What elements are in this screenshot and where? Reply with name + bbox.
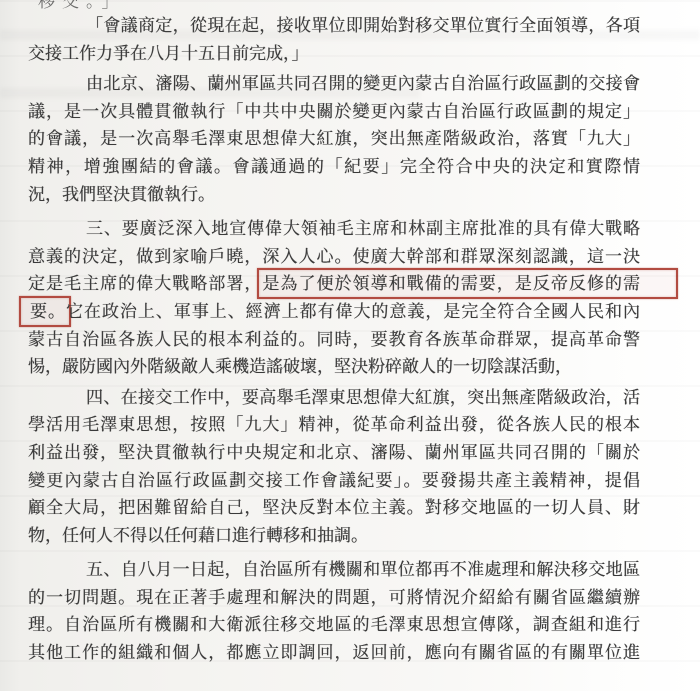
text-line: 變更內蒙古自治區行政區劃交接工作會議紀要」。要發揚共產主義精神，提倡 xyxy=(28,467,640,495)
text-line: 的一切問題。現在正著手處理和解決的問題，可將情況介紹給有關省區繼續辦 xyxy=(28,584,640,612)
highlight-box-small: 要。 xyxy=(19,296,71,327)
clipped-text: 移交。」 xyxy=(38,0,126,12)
text-line: 交接工作力爭在八月十五日前完成，」 xyxy=(28,40,640,68)
top-partial-line: 移交。」 xyxy=(28,0,640,12)
text-line: 「會議商定，從現在起，接收單位即開始對移交單位實行全面領導，各項 xyxy=(28,12,640,40)
text-line-with-highlight: 定是毛主席的偉大戰略部署，是為了便於領導和戰備的需要，是反帝反修的需 xyxy=(28,270,640,298)
text-line: 由北京、瀋陽、蘭州軍區共同召開的變更內蒙古自治區行政區劃的交接會 xyxy=(28,70,640,98)
scanned-document-page: 移交。」 「會議商定，從現在起，接收單位即開始對移交單位實行全面領導，各項 交接… xyxy=(0,0,700,691)
text-line: 意義的決定，做到家喻戶曉，深入人心。使廣大幹部和群眾深刻認識，這一決 xyxy=(28,243,640,271)
text-line-with-highlight: 要。它在政治上、軍事上、經濟上都有偉大的意義，是完全符合全國人民和內 xyxy=(28,298,640,326)
text-line: 蒙古自治區各族人民的根本利益的。同時，要教育各族革命群眾，提高革命警 xyxy=(28,326,640,354)
text-line: 利益出發，堅決貫徹執行中央規定和北京、瀋陽、蘭州軍區共同召開的「關於 xyxy=(28,439,640,467)
text-line: 惕，嚴防國內外階級敵人乘機造謠破壞，堅決粉碎敵人的一切陰謀活動， xyxy=(28,353,640,381)
highlight-box-main: 是為了便於領導和戰備的需要，是反帝反修的需 xyxy=(257,268,678,299)
text-line: 精神，增強團結的會議。會議通過的「紀要」完全符合中央的決定和實際情 xyxy=(28,153,640,181)
text-line: 五、自八月一日起，自治區所有機關和單位都再不准處理和解決移交地區 xyxy=(28,556,640,584)
text-segment: 定是毛主席的偉大戰略部署， xyxy=(28,274,262,293)
text-line: 理。自治區所有機關和大衛派往移交地區的毛澤東思想宣傳隊，調查組和進行 xyxy=(28,611,640,639)
text-line: 的會議，是一次高舉毛澤東思想偉大紅旗，突出無產階級政治，落實「九大」 xyxy=(28,125,640,153)
text-line: 三、要廣泛深入地宣傳偉大領袖毛主席和林副主席批准的具有偉大戰略 xyxy=(28,215,640,243)
text-line: 物，任何人不得以任何藉口進行轉移和抽調。 xyxy=(28,522,640,550)
text-line: 四、在接交工作中，要高舉毛澤東思想偉大紅旗，突出無產階級政治，活 xyxy=(28,384,640,412)
text-line: 顧全大局，把困難留給自己，堅決反對本位主義。對移交地區的一切人員、財 xyxy=(28,494,640,522)
text-line: 況，我們堅決貫徹執行。 xyxy=(28,181,640,209)
text-segment: 它在政治上、軍事上、經濟上都有偉大的意義，是完全符合全國人民和內 xyxy=(66,302,640,321)
text-line: 議，是一次具體貫徹執行「中共中央關於變更內蒙古自治區行政區劃的規定」 xyxy=(28,98,640,126)
text-line: 其他工作的組織和個人，都應立即調回，返回前，應向有關省區的有關單位進 xyxy=(28,639,640,667)
text-line: 學活用毛澤東思想，按照「九大」精神，從革命利益出發，從各族人民的根本 xyxy=(28,411,640,439)
